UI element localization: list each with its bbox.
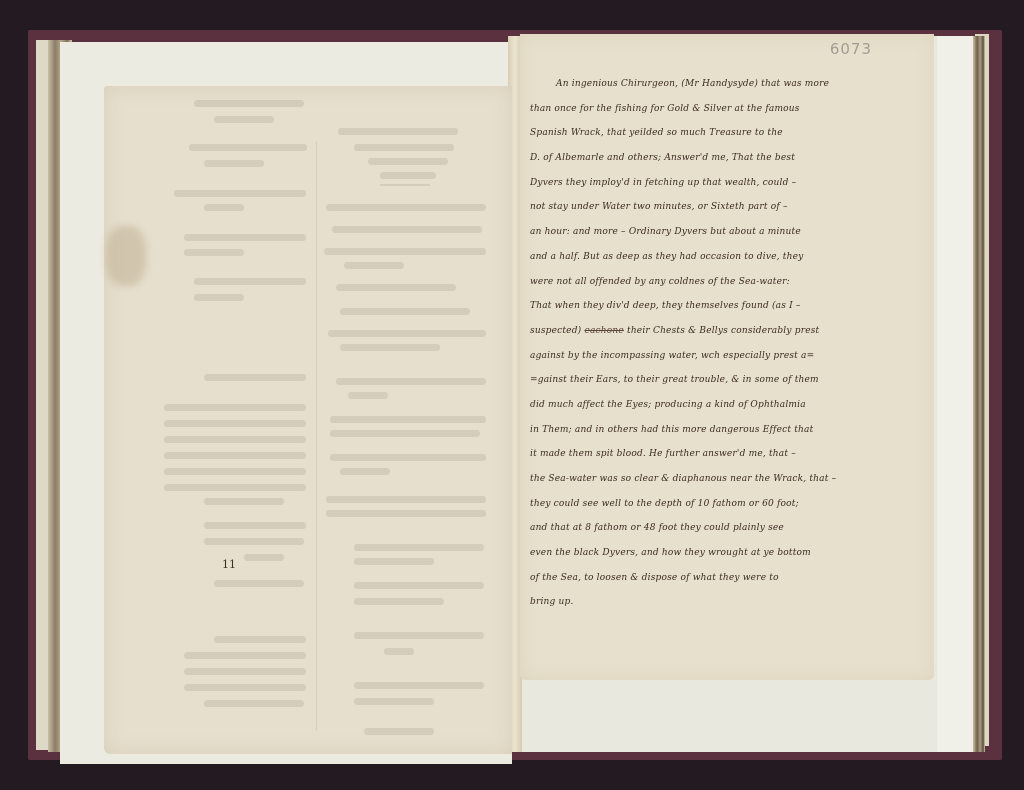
manuscript-line: an hour: and more – Ordinary Dyvers but …	[530, 220, 934, 245]
manuscript-line: and that at 8 fathom or 48 foot they cou…	[530, 516, 934, 541]
manuscript-line: did much affect the Eyes; producing a ki…	[530, 393, 934, 418]
manuscript-line: than once for the fishing for Gold & Sil…	[530, 97, 934, 122]
manuscript-line: not stay under Water two minutes, or Six…	[530, 195, 934, 220]
folio-number: 6073	[830, 40, 872, 58]
manuscript-line: =gainst their Ears, to their great troub…	[530, 368, 934, 393]
manuscript-line: against by the incompassing water, wch e…	[530, 344, 934, 369]
manuscript-line: they could see well to the depth of 10 f…	[530, 492, 934, 517]
folio-mark: 11	[222, 558, 236, 571]
manuscript-line: That when they div'd deep, they themselv…	[530, 294, 934, 319]
mounting-sheet-right-margin	[937, 36, 973, 752]
manuscript-line: An ingenious Chirurgeon, (Mr Handysyde) …	[530, 72, 934, 97]
manuscript-line: of the Sea, to loosen & dispose of what …	[530, 566, 934, 591]
column-rule	[316, 141, 317, 731]
manuscript-line: the Sea-water was so clear & diaphanous …	[530, 467, 934, 492]
right-leaf-recto: 6073 An ingenious Chirurgeon, (Mr Handys…	[520, 34, 934, 680]
manuscript-line: D. of Albemarle and others; Answer'd me,…	[530, 146, 934, 171]
page-block-edge-right	[973, 36, 985, 752]
manuscript-line: it made them spit blood. He further answ…	[530, 442, 934, 467]
manuscript-line: bring up.	[530, 590, 934, 615]
left-leaf-verso: 11	[104, 86, 512, 754]
manuscript-line: and a half. But as deep as they had occa…	[530, 245, 934, 270]
manuscript-line: suspected) eachone their Chests & Bellys…	[530, 319, 934, 344]
manuscript-line: Spanish Wrack, that yeilded so much Trea…	[530, 121, 934, 146]
manuscript-line: even the black Dyvers, and how they wrou…	[530, 541, 934, 566]
manuscript-line: were not all offended by any coldnes of …	[530, 270, 934, 295]
manuscript-line: Dyvers they imploy'd in fetching up that…	[530, 171, 934, 196]
water-stain	[106, 226, 146, 286]
manuscript-text: An ingenious Chirurgeon, (Mr Handysyde) …	[530, 72, 934, 615]
manuscript-line: in Them; and in others had this more dan…	[530, 418, 934, 443]
